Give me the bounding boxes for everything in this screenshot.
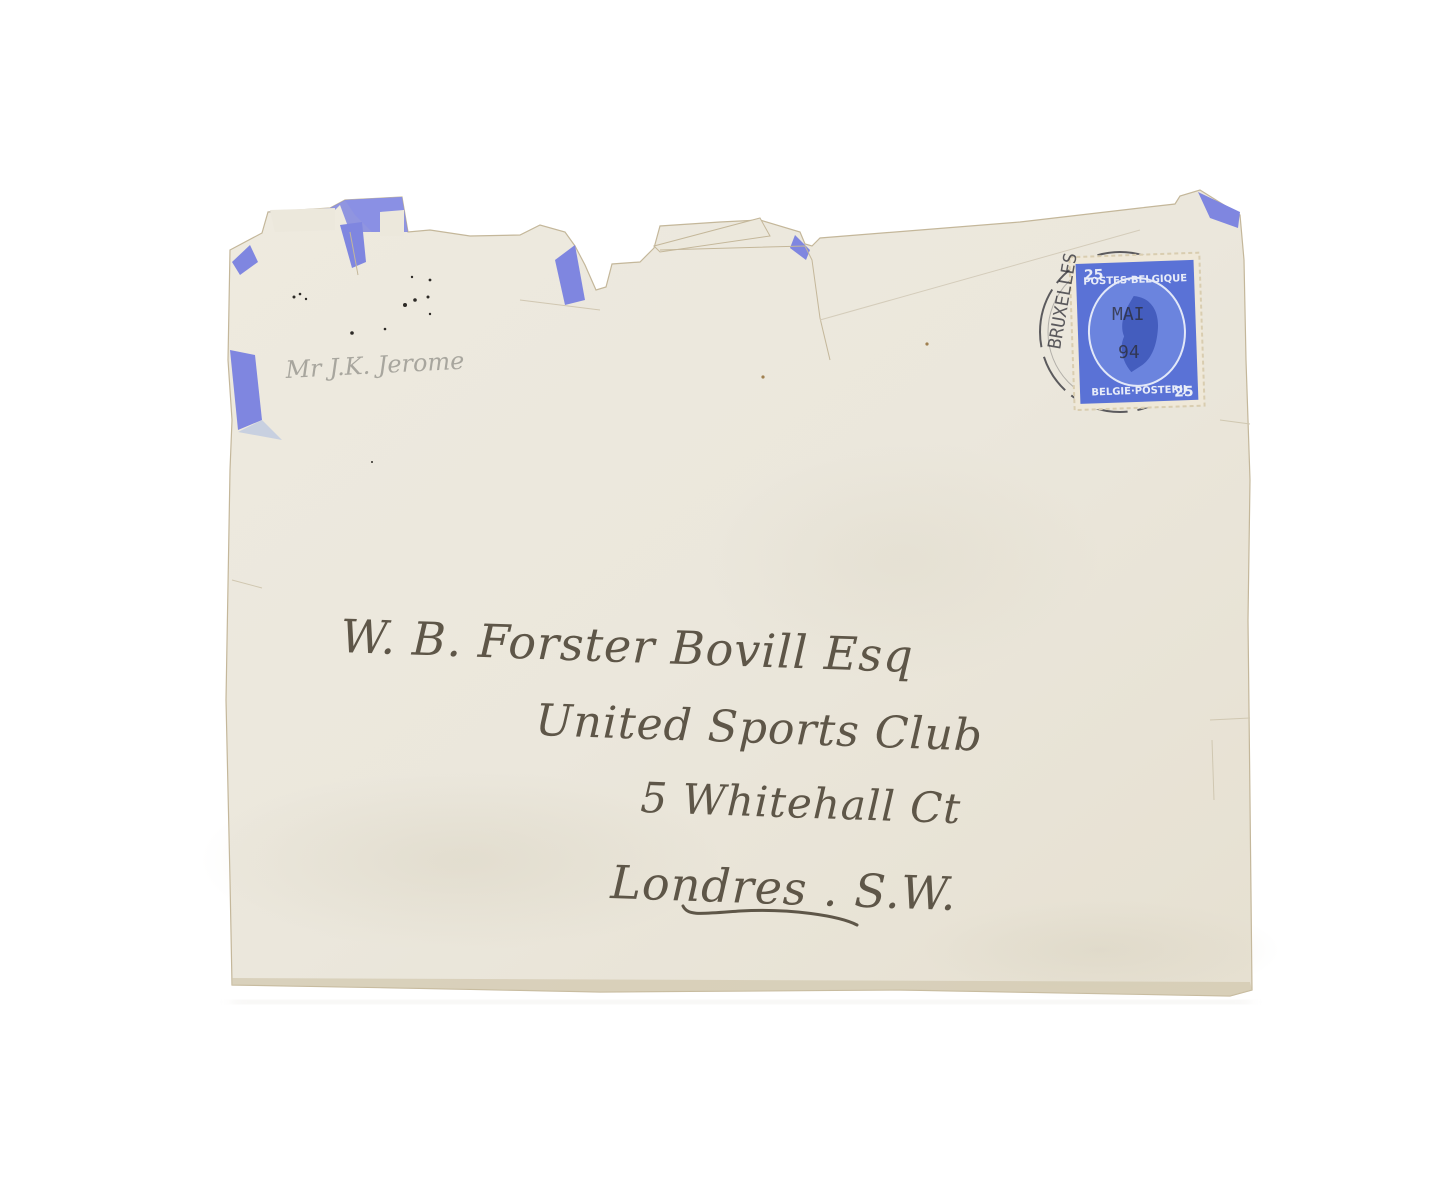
stamp-value-bottom: 25 (1174, 384, 1194, 401)
envelope-photo: Mr J.K. Jerome POSTES·BELGIQUE BELGIE·PO… (0, 0, 1456, 1200)
postmark-month: MAI (1112, 304, 1145, 325)
postage-stamp: POSTES·BELGIQUE BELGIE·POSTERIJ 25 25 (1069, 253, 1204, 410)
stamp-value-top: 25 (1084, 267, 1104, 284)
envelope-shadow (232, 1000, 1250, 1004)
postmark-year: 94 (1118, 342, 1140, 363)
